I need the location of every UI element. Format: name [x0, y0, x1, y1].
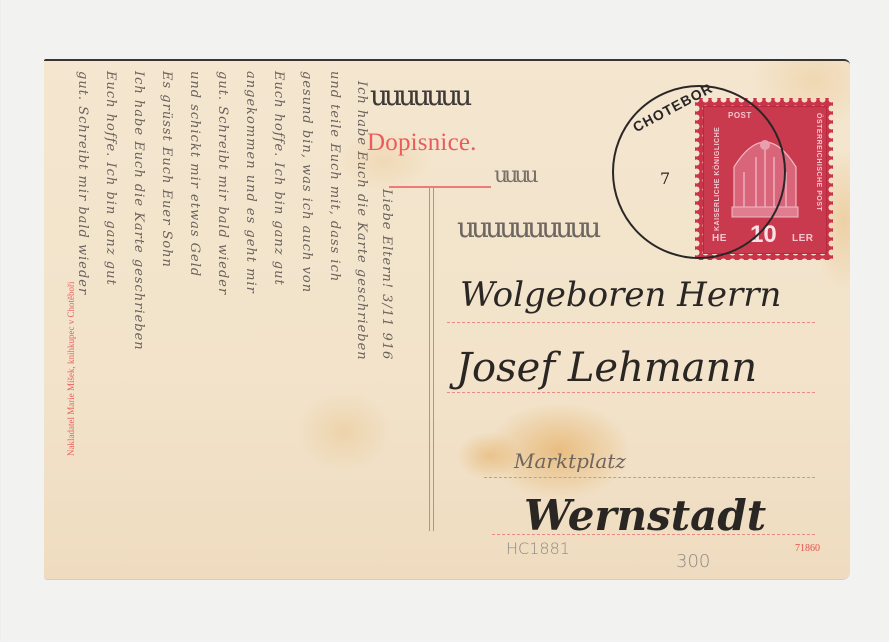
message-line: Euch hoffe. Ich bin ganz gut [271, 71, 286, 286]
address-city: Wernstadt [524, 491, 766, 540]
stamp-denomination-suffix: LER [792, 233, 814, 244]
stamp-text-top: POST [728, 111, 752, 120]
message-line: Ich habe Euch die Karte geschrieben [354, 81, 369, 361]
printer-imprint: Nakladatel Marie Míšek, knihkupec v Chot… [66, 282, 76, 456]
address-salutation: Wolgeboren Herrn [460, 275, 781, 315]
pencil-note: HC1881 [506, 539, 570, 558]
divider-horizontal [389, 186, 491, 188]
address-line [484, 477, 815, 478]
address-line [447, 392, 815, 393]
cancellation-squiggle: uuuuuuuuuu [457, 211, 597, 244]
postcard-title: Dopisnice. [367, 129, 477, 157]
message-line: und teile Euch mit, dass ich [327, 71, 342, 282]
message-line: gut. Schreibt mir bald wieder [215, 71, 230, 295]
divider-vertical [433, 187, 434, 531]
stamp-denomination-prefix: HE [712, 233, 727, 244]
cancellation-squiggle: uuuu [494, 163, 535, 188]
message-line: und schickt mir etwas Geld [187, 71, 202, 277]
cancellation-squiggle: uuuuuuu [370, 79, 468, 112]
address-street: Marktplatz [514, 449, 626, 473]
serial-number: 71860 [795, 543, 820, 554]
stamp-text-right: ÖSTERREICHISCHE POST [815, 113, 822, 211]
message-line: Es grüsst Euch Euer Sohn [159, 71, 174, 268]
address-name: Josef Lehmann [456, 345, 757, 391]
message-line: gut. Schreibt mir bald wieder [75, 71, 90, 295]
divider-vertical [429, 187, 430, 531]
pencil-note: 300 [676, 551, 710, 572]
postcard: Liebe Eltern! 3/11 916 Ich habe Euch die… [44, 59, 850, 579]
postmark-date: 7 [660, 169, 670, 188]
message-line: angekommen und es geht mir [243, 71, 258, 294]
address-line [447, 322, 815, 323]
stamp-denomination-value: 10 [750, 221, 777, 249]
message-line: Liebe Eltern! 3/11 916 [379, 189, 394, 360]
stamp-text-left: KAISERLICHE KÖNIGLICHE [714, 127, 721, 231]
message-line: Euch hoffe. Ich bin ganz gut [103, 71, 118, 286]
message-line: Ich habe Euch die Karte geschrieben [131, 71, 146, 351]
message-line: gesund bin, was ich auch von [299, 71, 314, 293]
